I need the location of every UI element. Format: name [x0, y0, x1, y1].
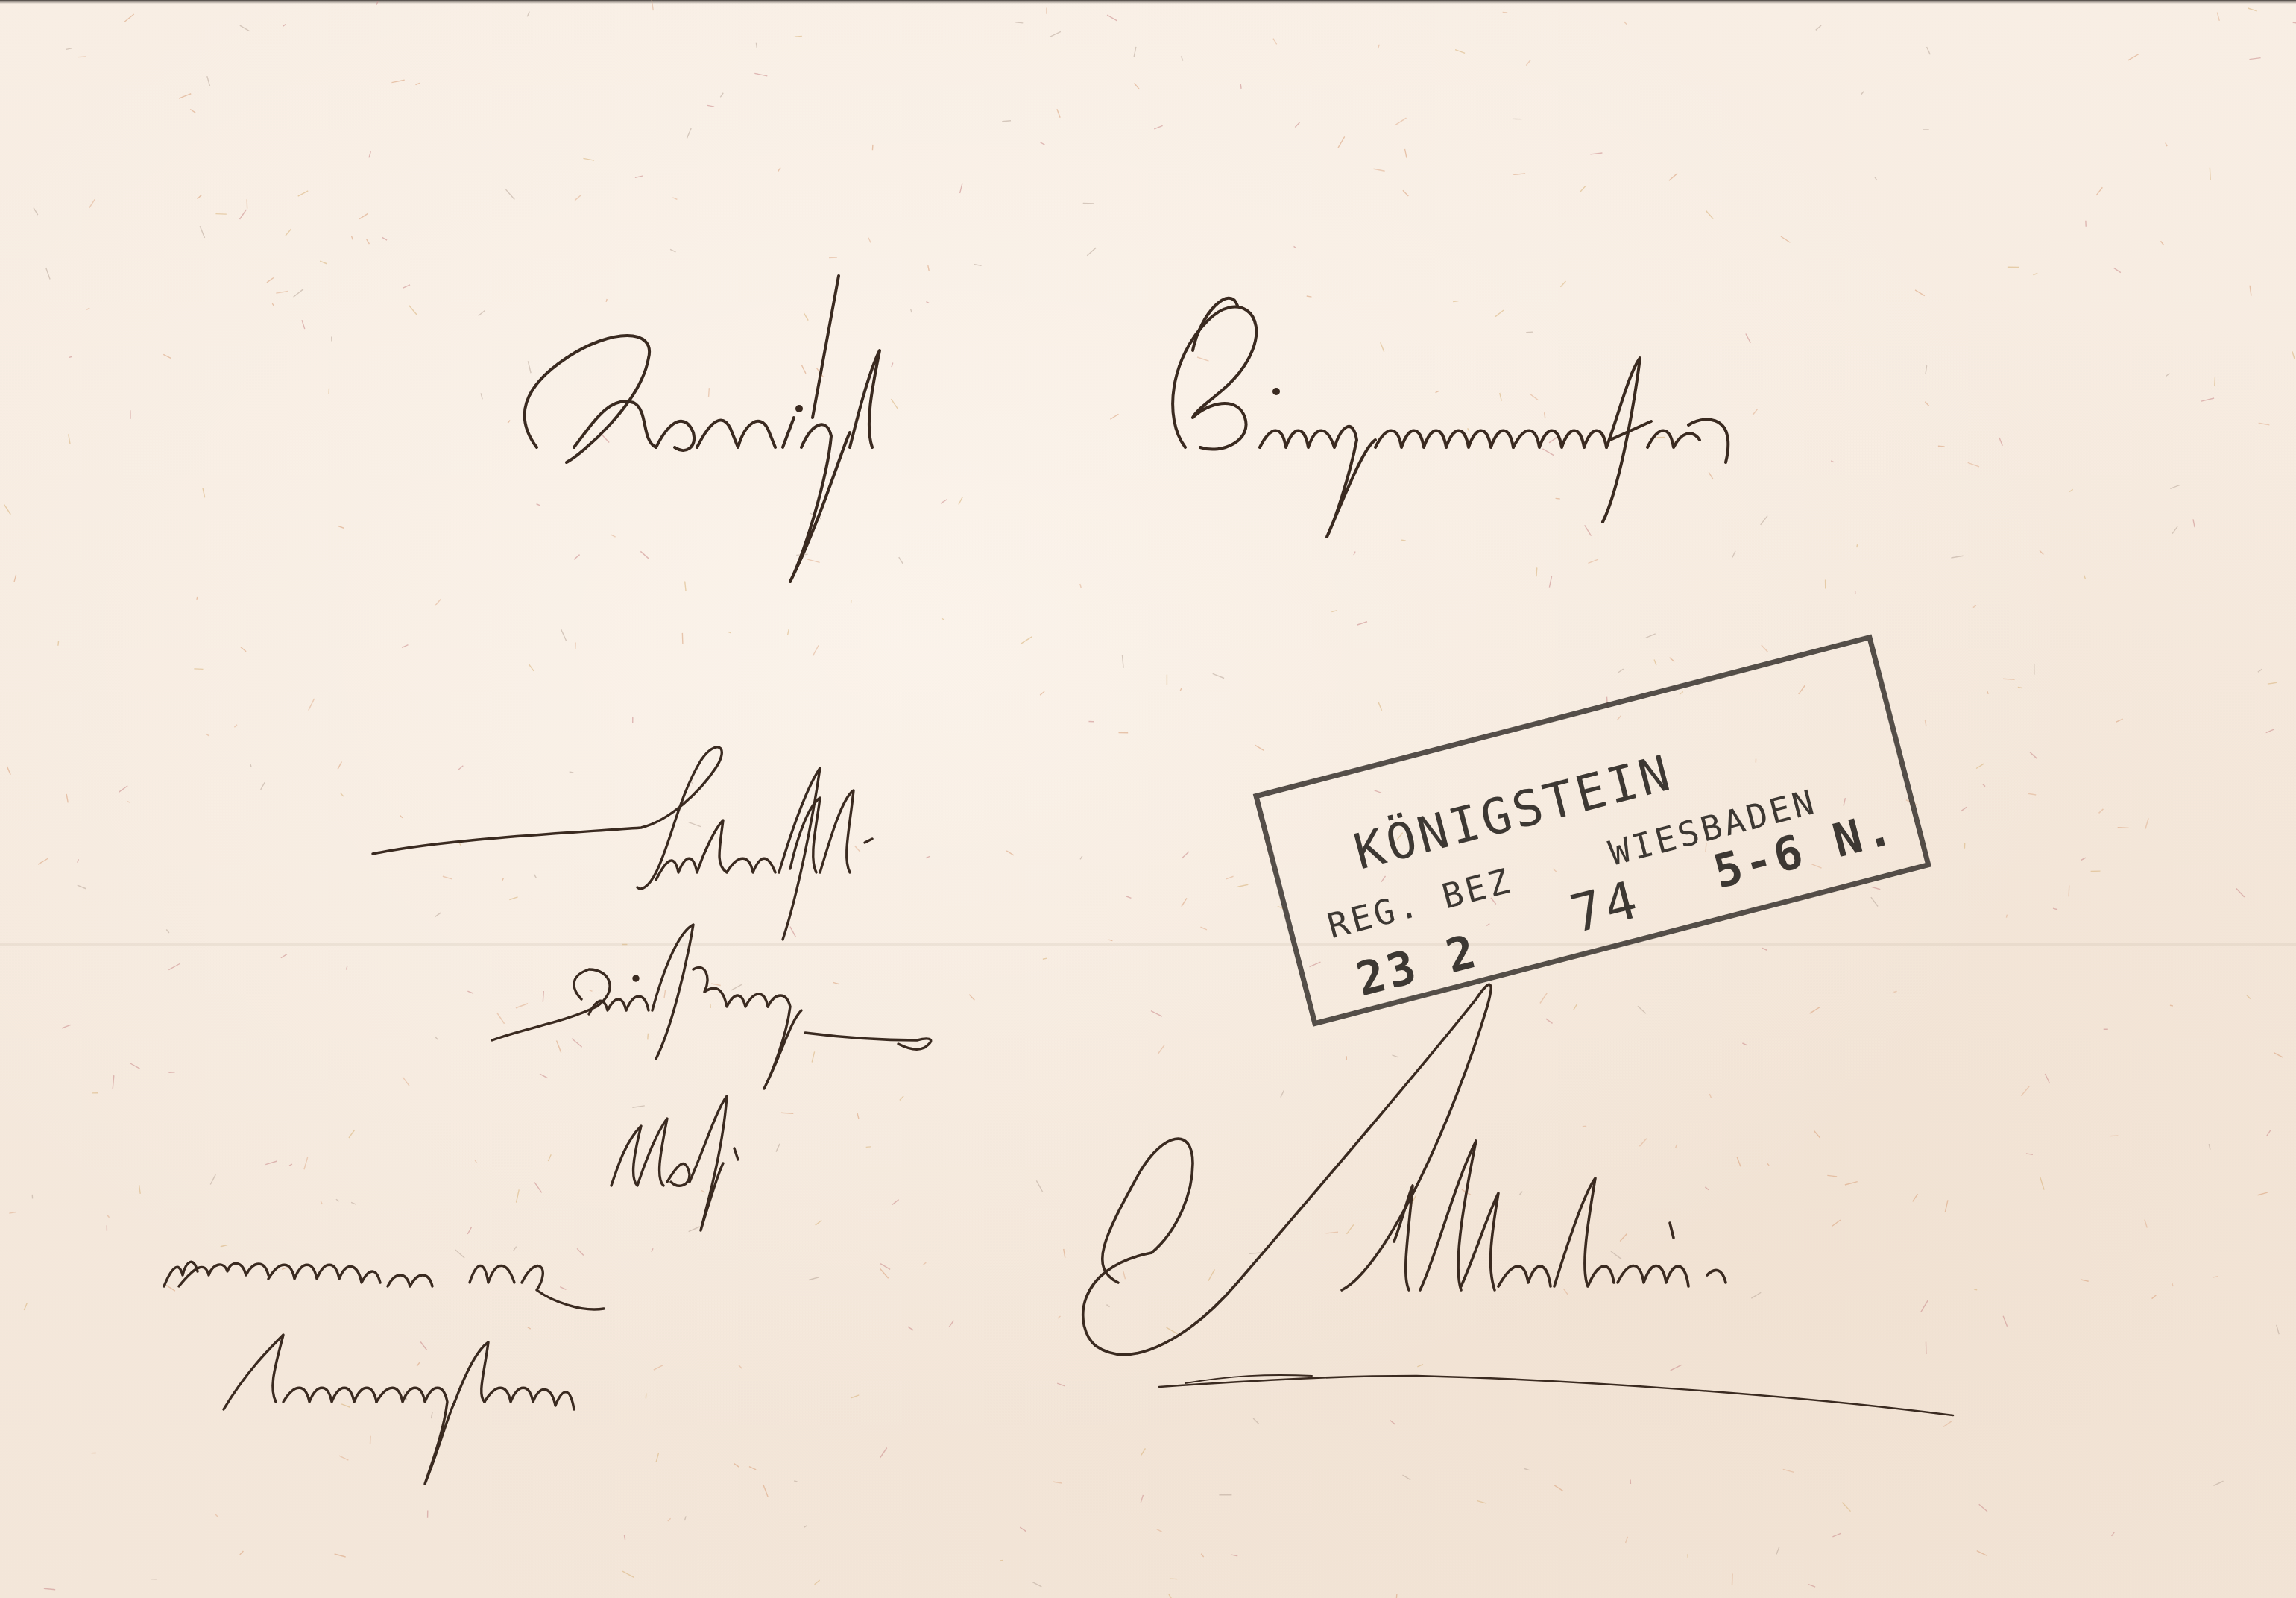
postmark: KÖNIGSTEIN REG. BEZ WIESBADEN 23 2 74 5-… [1256, 638, 1928, 1024]
postmark-district-left: REG. BEZ [1323, 860, 1516, 946]
sender-handwriting [164, 747, 931, 1484]
recipient-handwriting [525, 276, 1729, 582]
postmark-year: 74 [1564, 869, 1646, 945]
destination-handwriting [1083, 984, 1953, 1415]
envelope-artwork: KÖNIGSTEIN REG. BEZ WIESBADEN 23 2 74 5-… [0, 0, 2296, 1598]
paper-fibres [4, 0, 2296, 1598]
